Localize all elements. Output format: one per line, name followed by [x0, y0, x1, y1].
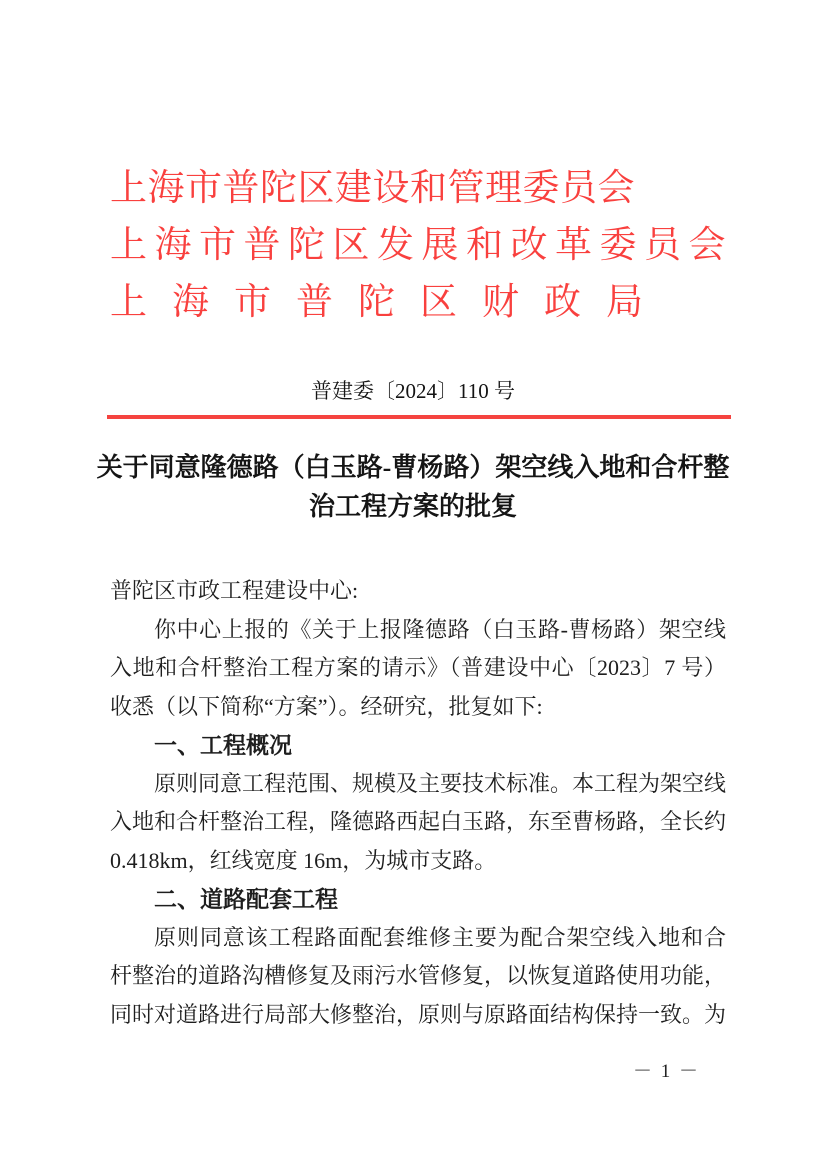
section-heading: 一、工程概况 [110, 726, 726, 765]
red-letterhead: 上海市普陀区建设和管理委员会 上海市普陀区发展和改革委员会 上海市普陀区财政局 [110, 160, 733, 331]
body-line: 0.418km，红线宽度 16m，为城市支路。 [110, 842, 726, 881]
body-line: 收悉（以下简称“方案”）。经研究，批复如下: [110, 688, 726, 727]
body-line: 你中心上报的《关于上报隆德路（白玉路-曹杨路）架空线 [110, 611, 726, 650]
document-number: 普建委〔2024〕110 号 [0, 377, 826, 405]
document-body: 普陀区市政工程建设中心: 你中心上报的《关于上报隆德路（白玉路-曹杨路）架空线 … [110, 572, 726, 1034]
section-heading: 二、道路配套工程 [110, 880, 726, 919]
red-separator-rule [107, 415, 731, 419]
body-line: 原则同意工程范围、规模及主要技术标准。本工程为架空线 [110, 765, 726, 804]
body-line: 入地和合杆整治工程方案的请示》（普建设中心〔2023〕7 号） [110, 649, 726, 688]
body-line: 杆整治的道路沟槽修复及雨污水管修复，以恢复道路使用功能， [110, 957, 726, 996]
body-line: 原则同意该工程路面配套维修主要为配合架空线入地和合 [110, 919, 726, 958]
body-line: 入地和合杆整治工程，隆德路西起白玉路，东至曹杨路，全长约 [110, 803, 726, 842]
org-name-line-2: 上海市普陀区发展和改革委员会 [110, 217, 733, 274]
body-line: 同时对道路进行局部大修整治，原则与原路面结构保持一致。为 [110, 996, 726, 1035]
page-number: － 1 － [633, 1060, 700, 1084]
document-page: 上海市普陀区建设和管理委员会 上海市普陀区发展和改革委员会 上海市普陀区财政局 … [0, 0, 826, 1169]
org-name-line-3: 上海市普陀区财政局 [110, 274, 733, 331]
document-title: 关于同意隆德路（白玉路-曹杨路）架空线入地和合杆整 治工程方案的批复 [0, 448, 826, 526]
org-name-line-1: 上海市普陀区建设和管理委员会 [110, 160, 733, 217]
document-title-line-2: 治工程方案的批复 [0, 487, 826, 526]
document-title-line-1: 关于同意隆德路（白玉路-曹杨路）架空线入地和合杆整 [0, 448, 826, 487]
salutation-line: 普陀区市政工程建设中心: [110, 572, 726, 611]
